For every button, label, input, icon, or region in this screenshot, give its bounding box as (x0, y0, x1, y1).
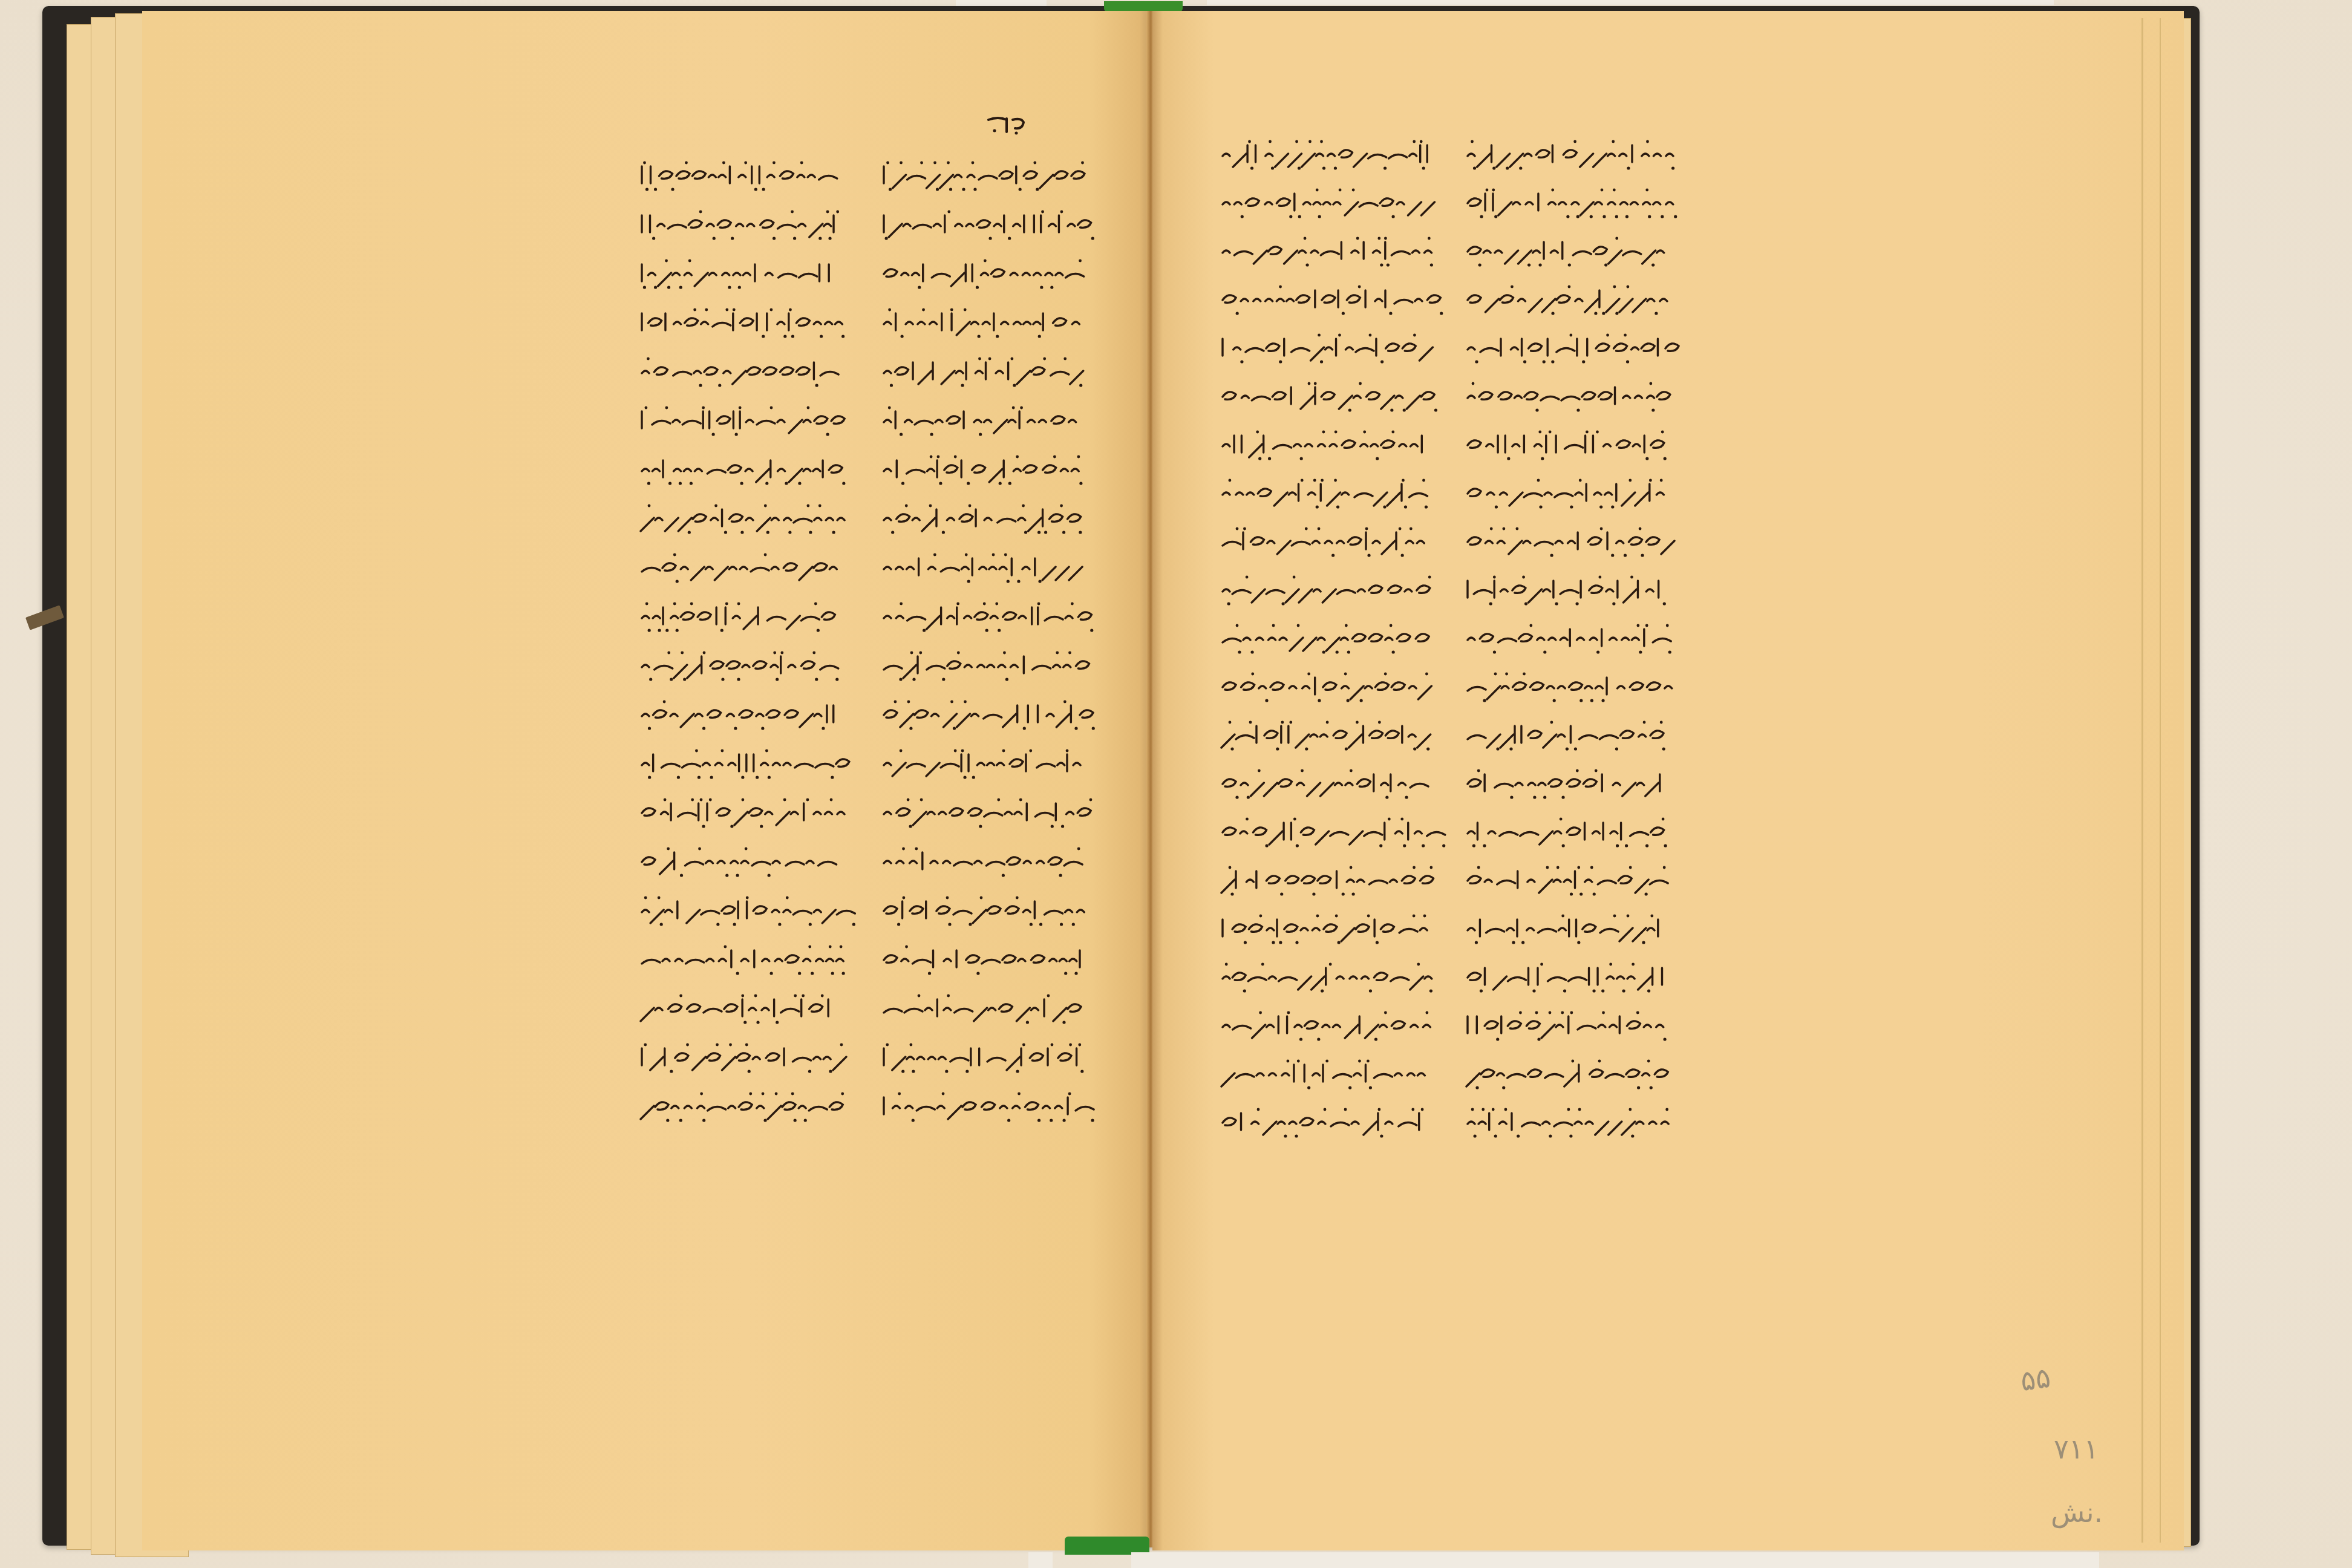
script-line (1219, 1009, 1434, 1045)
background-card (1207, 0, 2054, 5)
script-line (638, 698, 844, 734)
script-line (1464, 622, 1673, 658)
script-line (1219, 670, 1434, 707)
script-line (1219, 477, 1434, 513)
script-line (880, 208, 1086, 244)
pencil-note: ﻧﺶ. (2051, 1496, 2103, 1529)
script-line (638, 159, 844, 195)
script-line (638, 404, 844, 440)
script-line (1464, 719, 1673, 755)
script-line (1464, 380, 1673, 416)
script-line (1219, 332, 1434, 368)
script-line (1219, 283, 1434, 319)
background-card (956, 0, 1047, 6)
script-line (1219, 864, 1434, 900)
script-line (880, 600, 1086, 636)
script-line (1219, 428, 1434, 465)
script-line (1219, 961, 1434, 997)
script-line (1464, 235, 1673, 271)
script-line (880, 845, 1086, 881)
script-line (638, 747, 844, 783)
script-line (638, 600, 844, 636)
script-line (880, 992, 1086, 1028)
page-number (986, 115, 1028, 136)
script-line (638, 1090, 844, 1126)
script-line (880, 159, 1086, 195)
script-line (1219, 767, 1434, 803)
script-line (1219, 912, 1434, 949)
script-line (880, 551, 1086, 587)
script-line (880, 649, 1086, 685)
script-line (638, 502, 844, 538)
script-line (638, 894, 844, 930)
script-line (638, 845, 844, 881)
script-line (638, 551, 844, 587)
script-line (1464, 670, 1673, 707)
script-line (880, 747, 1086, 783)
left-page[interactable] (142, 11, 1149, 1550)
script-line (1464, 573, 1673, 610)
script-line (1219, 573, 1434, 610)
script-line (638, 355, 844, 391)
pencil-note: ۵۵ (2018, 1361, 2052, 1397)
script-line (638, 257, 844, 293)
script-line (880, 698, 1086, 734)
script-line (1464, 864, 1673, 900)
script-line (1464, 477, 1673, 513)
script-line (638, 1041, 844, 1077)
script-line (638, 796, 844, 832)
script-line (880, 894, 1086, 930)
script-line (880, 306, 1086, 342)
right-page[interactable]: ۵۵ ۷۱۱ ﻧﺶ. (1152, 11, 2184, 1550)
script-line (880, 257, 1086, 293)
script-line (1464, 1009, 1673, 1045)
script-line (1219, 138, 1434, 174)
script-line (1464, 283, 1673, 319)
script-line (1464, 1057, 1673, 1094)
script-line (1464, 138, 1673, 174)
script-line (1219, 719, 1434, 755)
script-line (1219, 1057, 1434, 1094)
script-line (880, 943, 1086, 979)
script-line (880, 355, 1086, 391)
pencil-note: ۷۱۱ (2054, 1432, 2099, 1465)
script-line (638, 208, 844, 244)
script-line (880, 502, 1086, 538)
script-line (1464, 428, 1673, 465)
script-line (1464, 767, 1673, 803)
page-edge (2160, 18, 2161, 1543)
script-line (1464, 525, 1673, 561)
page-edge (2141, 18, 2143, 1543)
background-card (1028, 1552, 1053, 1568)
script-line (1464, 186, 1673, 223)
script-line (638, 943, 844, 979)
script-line (1219, 186, 1434, 223)
script-line (880, 453, 1086, 489)
script-line (1219, 380, 1434, 416)
script-line (1219, 622, 1434, 658)
script-line (1219, 815, 1434, 852)
script-line (638, 453, 844, 489)
script-line (1464, 961, 1673, 997)
script-line (1464, 912, 1673, 949)
script-line (1464, 815, 1673, 852)
script-line (880, 1041, 1086, 1077)
script-line (1464, 1106, 1673, 1142)
script-line (880, 1090, 1086, 1126)
background-card (1131, 1552, 2099, 1568)
script-line (1464, 332, 1673, 368)
script-line (638, 306, 844, 342)
script-line (1219, 525, 1434, 561)
script-line (1219, 235, 1434, 271)
script-line (880, 404, 1086, 440)
script-line (638, 649, 844, 685)
script-line (880, 796, 1086, 832)
script-line (1219, 1106, 1434, 1142)
script-line (638, 992, 844, 1028)
